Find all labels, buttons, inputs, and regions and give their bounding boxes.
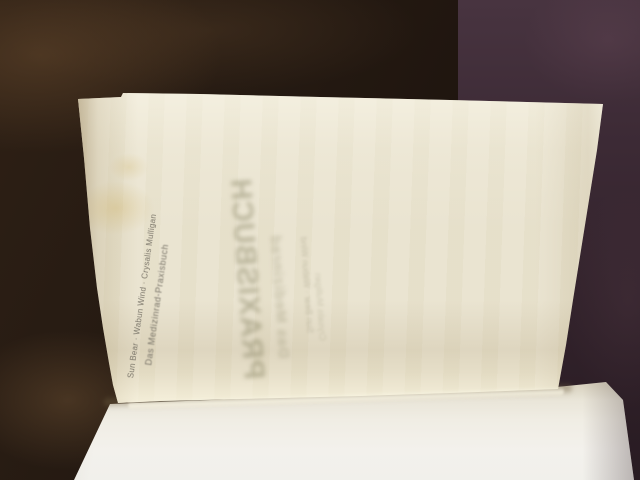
- wooden-slat: [386, 0, 467, 109]
- photo-scene: PRAXISBUCH Das Medizinrad Sun Bear · Wab…: [0, 0, 640, 480]
